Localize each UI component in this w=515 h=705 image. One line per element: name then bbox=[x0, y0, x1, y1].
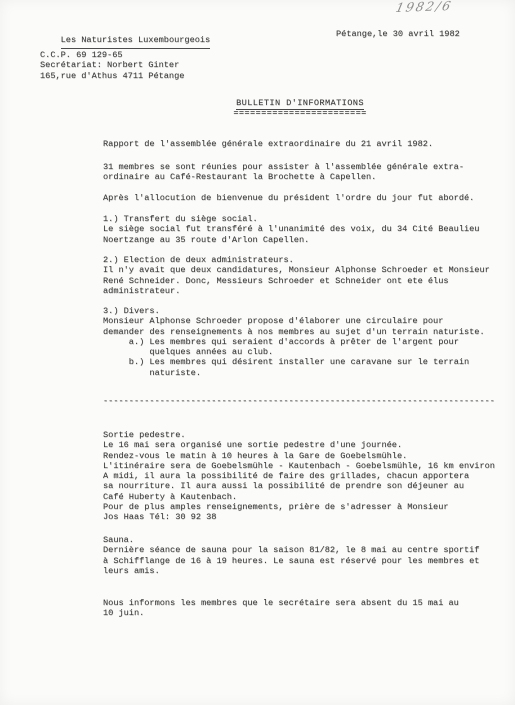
handwritten-reference-number: 1982/6 bbox=[395, 1, 454, 13]
section-sortie-pedestre: Sortie pedestre. Le 16 mai sera organisé… bbox=[103, 430, 505, 523]
section-sauna: Sauna. Dernière séance de sauna pour la … bbox=[103, 535, 505, 576]
report-heading: Rapport de l'assemblée générale extraord… bbox=[103, 139, 505, 149]
dashed-separator: ----------------------------------------… bbox=[103, 396, 505, 406]
agenda-item-3-divers: 3.) Divers. Monsieur Alphonse Schroeder … bbox=[103, 306, 505, 378]
report-intro-paragraph: 31 membres se sont réunies pour assister… bbox=[103, 162, 505, 183]
org-name-text: Les Naturistes Luxembourgeois bbox=[61, 35, 211, 48]
agenda-item-1-siege-social: 1.) Transfert du siège social. Le siège … bbox=[103, 214, 505, 245]
report-opening-paragraph: Après l'allocution de bienvenue du prési… bbox=[103, 193, 505, 203]
place-and-date: Pétange,le 30 avril 1982 bbox=[336, 29, 460, 39]
bulletin-title-underline: ======================== bbox=[103, 110, 497, 117]
document-page: 1982/6 Les Naturistes Luxembourgeois Pét… bbox=[0, 0, 515, 705]
contact-block: C.C.P. 69 129-65 Secrétariat: Norbert Gi… bbox=[40, 50, 184, 81]
agenda-item-2-election: 2.) Election de deux administrateurs. Il… bbox=[103, 255, 505, 296]
bulletin-title-block: BULLETIN D'INFORMATIONS ================… bbox=[103, 98, 497, 117]
secretary-absence-note: Nous informons les membres que le secrét… bbox=[103, 598, 505, 619]
